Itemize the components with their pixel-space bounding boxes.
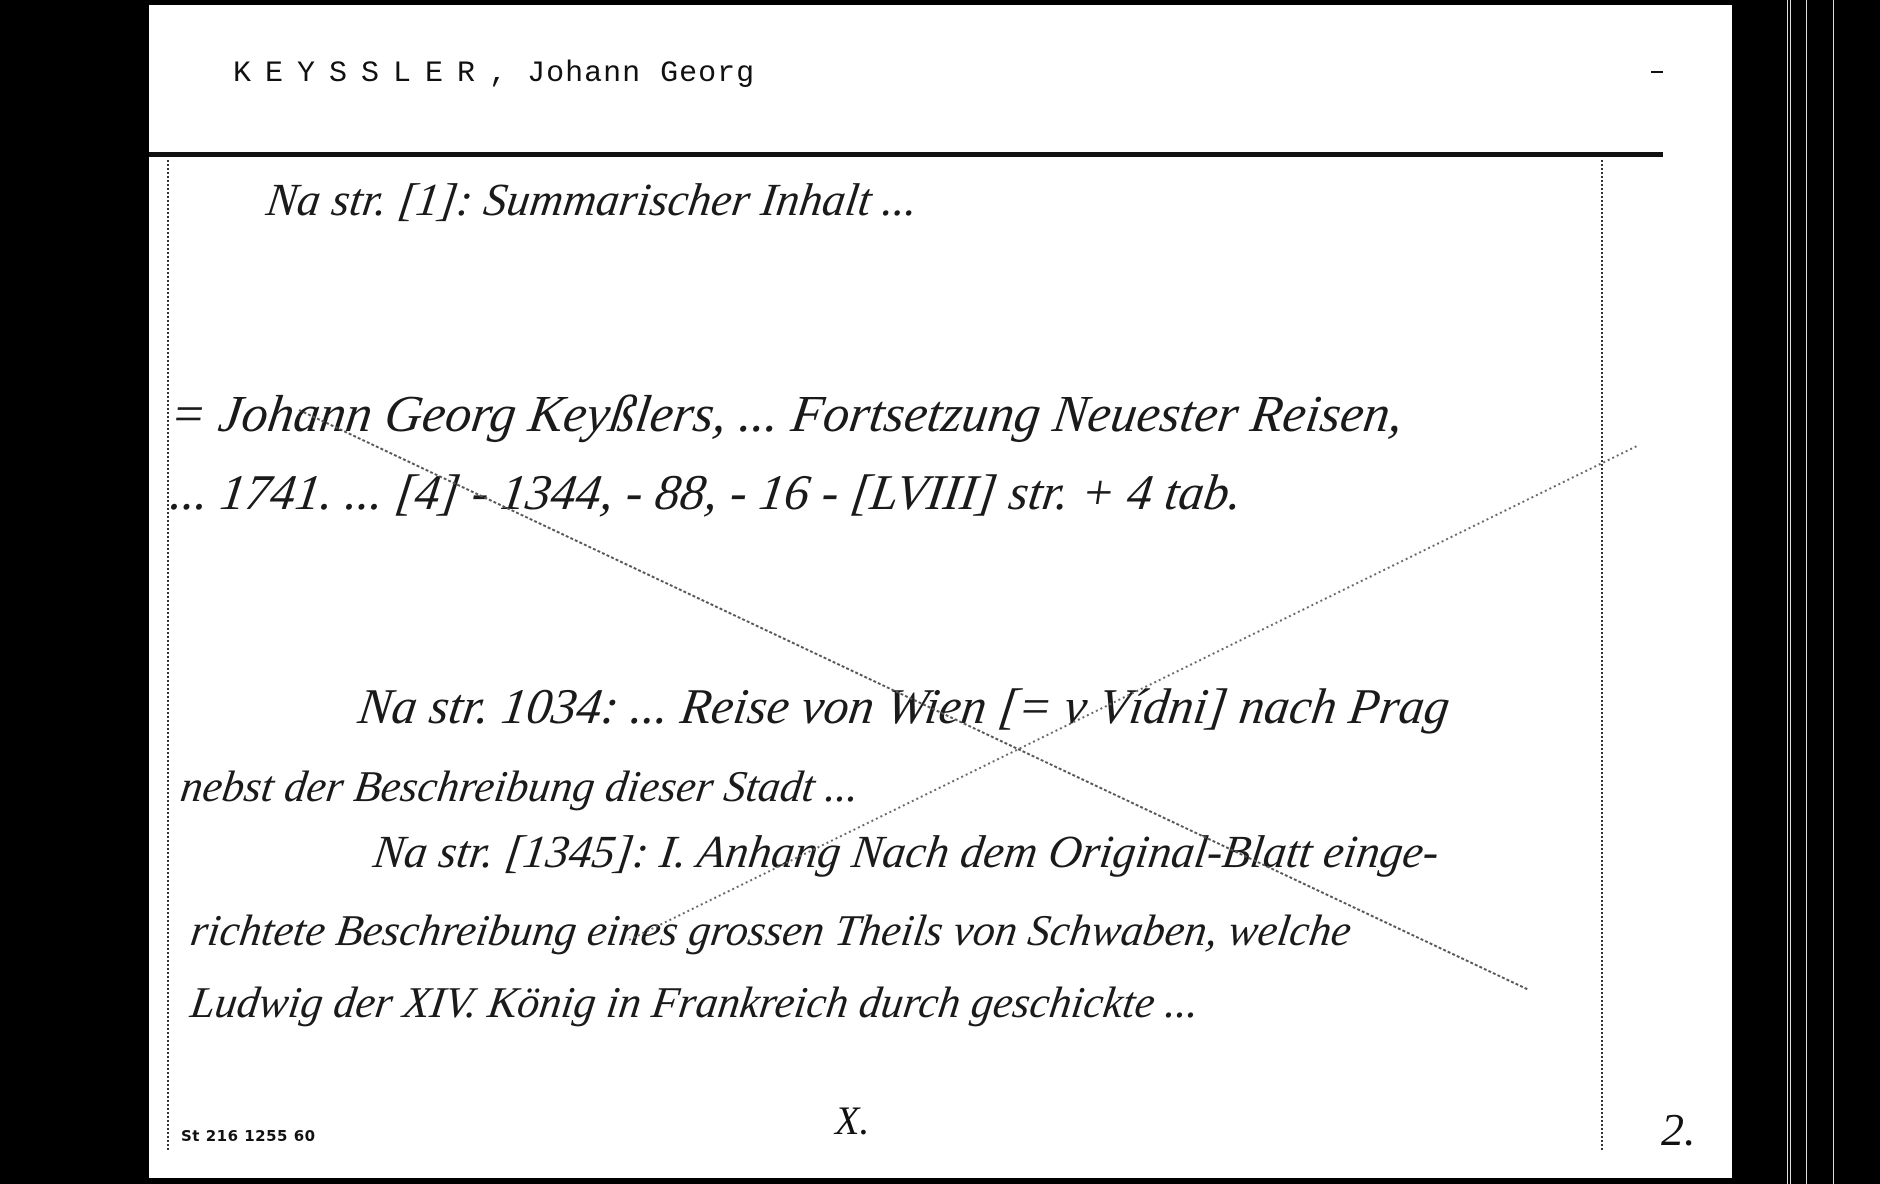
- entry-title-line: = Johann Georg Keyßlers, ... Fortsetzung…: [167, 385, 1407, 444]
- given-names: Johann Georg: [527, 57, 755, 91]
- page-number: 2.: [1661, 1103, 1696, 1156]
- left-margin-line: [167, 160, 169, 1150]
- entry-page-1345-line: Na str. [1345]: I. Anhang Nach dem Origi…: [370, 825, 1442, 878]
- margin-dash-mark: [1651, 71, 1663, 73]
- name-separator: ,: [489, 57, 508, 91]
- entry-page-1034-line: Na str. 1034: ... Reise von Wien [= v Ví…: [355, 677, 1454, 735]
- entry-page-1345-continuation-2: Ludwig der XIV. König in Frankreich durc…: [187, 977, 1202, 1028]
- entry-contents-note: Na str. [1]: Summarischer Inhalt ...: [263, 173, 921, 226]
- entry-page-1034-continuation: nebst der Beschreibung dieser Stadt ...: [177, 761, 862, 812]
- scan-edge-artifacts: [1732, 0, 1880, 1184]
- entry-page-1345-continuation-1: richtete Beschreibung eines grossen Thei…: [187, 905, 1354, 956]
- header-rule: [149, 152, 1663, 157]
- card-header-name: KEYSSLER, Johann Georg: [233, 57, 755, 91]
- right-margin-line: [1601, 160, 1603, 1150]
- index-card: KEYSSLER, Johann Georg Na str. [1]: Summ…: [149, 5, 1732, 1178]
- catalog-stamp-code: St 216 1255 60: [181, 1127, 316, 1145]
- center-mark: X.: [835, 1097, 869, 1144]
- entry-collation-line: ... 1741. ... [4] - 1344, - 88, - 16 - […: [167, 463, 1246, 521]
- surname: KEYSSLER: [233, 57, 489, 91]
